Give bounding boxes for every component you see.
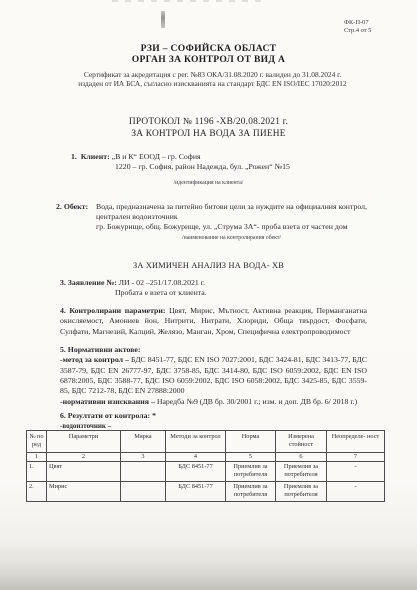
parameters-section: 4. Контролирани параметри: Цвят, Мирис, … <box>60 306 367 337</box>
col-header-method: Методи за контрол <box>166 431 226 453</box>
col-header-norm: Норма <box>226 431 276 453</box>
object-location: гр. Божурище, общ. Божурище, ул. „Струма… <box>96 222 367 232</box>
org-title-line2: ОРГАН ЗА КОНТРОЛ ОТ ВИД А <box>0 54 417 65</box>
client-address: 1220 – гр. София, район Надежда, бул. „Р… <box>115 162 387 172</box>
object-caption: /наименование на контролирания обект/ <box>96 233 367 243</box>
cell-row-number: 2. <box>27 482 47 502</box>
analysis-title: ЗА ХИМИЧЕН АНАЛИЗ НА ВОДА- ХВ <box>0 261 417 270</box>
application-value: ЛИ - 02 –251/17.08.2021 г. <box>119 278 205 287</box>
requirements-value: Наредба №9 (ДВ бр. 30/2001 г.; изм. и до… <box>157 397 357 406</box>
application-section: 3. Заявление №: ЛИ - 02 –251/17.08.2021 … <box>60 278 387 298</box>
client-label: Клиент: <box>81 152 110 161</box>
cell-norm: Приемлив за потребителя <box>226 462 276 482</box>
cell-method: БДС 8451-77 <box>166 462 226 482</box>
column-number: 6 <box>276 453 327 462</box>
method-paragraph: -метод за контрол – БДС 8451-77, БДС EN … <box>60 355 367 396</box>
cell-uncertainty: - <box>327 482 385 502</box>
cell-parameter: Цвят <box>47 462 121 482</box>
certificate-line1: Сертификат за акредитация с рег. №83 ОКА… <box>34 70 391 79</box>
object-label: Обект: <box>64 202 88 211</box>
requirements-label: -нормативни изисквания – <box>60 397 155 406</box>
column-number: 3 <box>121 453 166 462</box>
protocol-number: ПРОТОКОЛ № 1196 -ХВ/20.08.2021 г. <box>0 117 417 129</box>
table-row: 1. Цвят БДС 8451-77 Приемлив за потребит… <box>27 462 385 482</box>
client-number: 1. <box>71 152 77 161</box>
scan-topline-artifact <box>112 0 262 2</box>
results-section: 6. Резултати от контрола: * -водоизточни… <box>60 411 156 431</box>
col-header-measured: Измерена стойност <box>276 431 327 453</box>
accreditation-certificate: Сертификат за акредитация с рег. №83 ОКА… <box>34 70 391 89</box>
object-description: Вода, предназначена за питейно битови це… <box>96 202 367 222</box>
cell-measured: Приемлив за потребителя <box>276 462 327 482</box>
column-number: 5 <box>226 453 276 462</box>
cell-unit <box>121 462 166 482</box>
col-header-parameter: Параметри <box>47 431 121 453</box>
form-code-block: ФК-П-07 Стр.4 от 5 <box>344 19 371 34</box>
form-code: ФК-П-07 <box>344 19 371 27</box>
column-number-row: 1 2 3 4 5 6 7 <box>27 453 385 462</box>
cell-uncertainty: - <box>327 462 385 482</box>
client-name: „В и К“ ЕООД – гр. София <box>112 152 201 161</box>
org-title-line1: РЗИ – СОФИЙСКА ОБЛАСТ <box>0 43 417 54</box>
column-number: 1 <box>27 453 47 462</box>
table-row: 2. Мирис БДС 8451-77 Приемлив за потреби… <box>27 482 385 502</box>
method-label: -метод за контрол – <box>60 355 129 364</box>
application-line: 3. Заявление №: ЛИ - 02 –251/17.08.2021 … <box>60 278 387 288</box>
cell-measured: Приемлив за потребителя <box>276 482 327 502</box>
cell-unit <box>121 482 166 502</box>
parameters-label: 4. Контролирани параметри: <box>60 306 165 315</box>
object-label-block: 2. Обект: <box>56 202 96 243</box>
col-header-row-number: № по ред <box>27 431 47 453</box>
page-number: Стр.4 от 5 <box>344 27 371 35</box>
column-number: 2 <box>47 453 121 462</box>
col-header-uncertainty: Неопределе- ност <box>327 431 385 453</box>
normative-label: 5. Нормативни актове: <box>60 345 367 355</box>
scan-bottom-shade-artifact <box>0 544 417 590</box>
application-note: Пробата е взета от клиента. <box>115 288 387 298</box>
col-header-unit: Мярка <box>121 431 166 453</box>
requirements-line: -нормативни изисквания – Наредба №9 (ДВ … <box>60 397 397 406</box>
column-number: 4 <box>166 453 226 462</box>
object-section: 2. Обект: Вода, предназначена за питейно… <box>56 202 367 243</box>
object-text: Вода, предназначена за питейно битови це… <box>96 202 367 243</box>
cell-parameter: Мирис <box>47 482 121 502</box>
application-label: 3. Заявление №: <box>60 278 117 287</box>
client-section: 1. Клиент: „В и К“ ЕООД – гр. София 1220… <box>71 152 387 172</box>
client-line: 1. Клиент: „В и К“ ЕООД – гр. София <box>71 152 387 162</box>
results-table: № по ред Параметри Мярка Методи за контр… <box>26 430 385 502</box>
document-page: ФК-П-07 Стр.4 от 5 РЗИ – СОФИЙСКА ОБЛАСТ… <box>0 0 417 590</box>
certificate-line2: издаден от ИА БСА, съгласно изискванията… <box>34 79 391 88</box>
protocol-title: ПРОТОКОЛ № 1196 -ХВ/20.08.2021 г. ЗА КОН… <box>0 117 417 141</box>
organization-header: РЗИ – СОФИЙСКА ОБЛАСТ ОРГАН ЗА КОНТРОЛ О… <box>0 43 417 65</box>
results-label: 6. Резултати от контрола: * <box>60 411 156 421</box>
column-number: 7 <box>327 453 385 462</box>
staple-mark-artifact <box>161 11 165 28</box>
cell-row-number: 1. <box>27 462 47 482</box>
cell-method: БДС 8451-77 <box>166 482 226 502</box>
object-number: 2. <box>56 202 62 211</box>
table-header-row: № по ред Параметри Мярка Методи за контр… <box>27 431 385 453</box>
normative-section: 5. Нормативни актове: -метод за контрол … <box>60 345 367 396</box>
cell-norm: Приемлив за потребителя <box>226 482 276 502</box>
client-caption: /идентификация на клиента/ <box>0 180 417 186</box>
protocol-subtitle: ЗА КОНТРОЛ НА ВОДА ЗА ПИЕНЕ <box>0 129 417 141</box>
